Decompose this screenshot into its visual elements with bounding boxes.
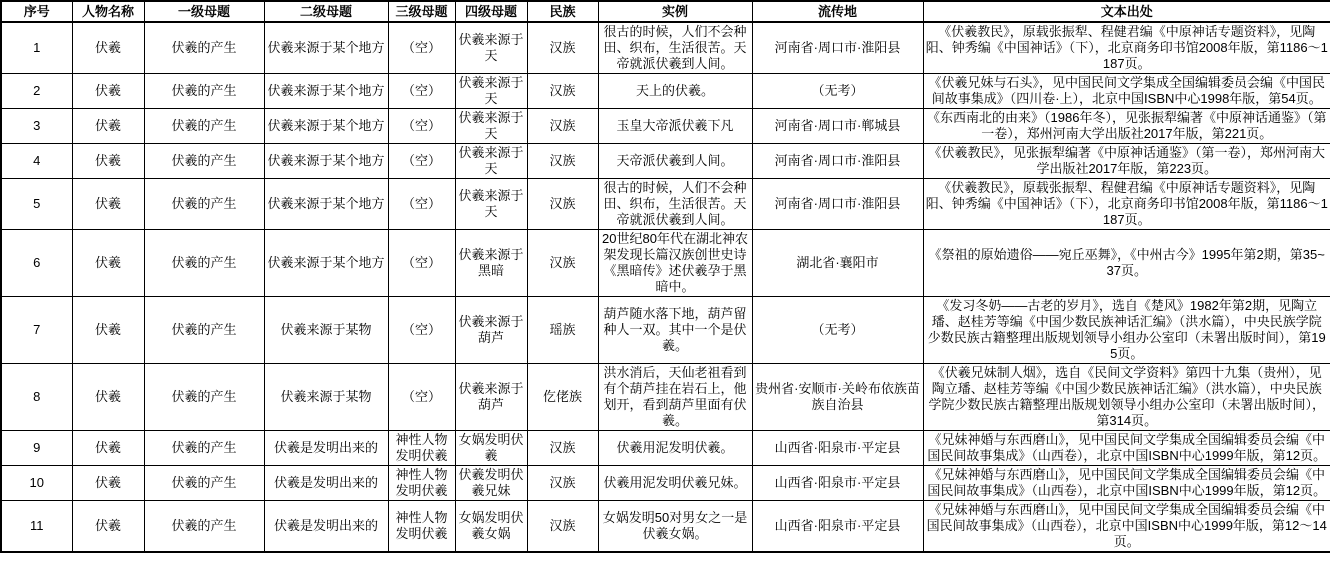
table-cell: 伏羲的产生 bbox=[144, 364, 264, 431]
table-cell: 伏羲来源于某物 bbox=[264, 364, 388, 431]
table-cell: 《发习冬奶——古老的岁月》，选自《楚风》1982年第2期，见陶立璠、赵桂芳等编《… bbox=[923, 297, 1330, 364]
table-cell: 伏羲发明伏羲兄妹 bbox=[455, 466, 527, 501]
table-cell: 很古的时候，人们不会种田、织布，生活很苦。天帝就派伏羲到人间。 bbox=[598, 22, 752, 74]
table-cell: 伏羲的产生 bbox=[144, 230, 264, 297]
fuxi-motif-table: 序号 人物名称 一级母题 二级母题 三级母题 四级母题 民族 实例 流传地 文本… bbox=[0, 0, 1330, 553]
table-cell: 《伏羲教民》，原载张振犁、程健君编《中原神话专题资料》，见陶阳、钟秀编《中国神话… bbox=[923, 22, 1330, 74]
table-cell: 9 bbox=[1, 431, 72, 466]
table-cell: 伏羲 bbox=[72, 501, 144, 553]
table-cell: 天帝派伏羲到人间。 bbox=[598, 144, 752, 179]
table-cell: 伏羲的产生 bbox=[144, 501, 264, 553]
table-cell: 伏羲的产生 bbox=[144, 74, 264, 109]
table-cell: 伏羲 bbox=[72, 364, 144, 431]
column-header-motif4: 四级母题 bbox=[455, 1, 527, 22]
table-row: 4伏羲伏羲的产生伏羲来源于某个地方（空）伏羲来源于天汉族天帝派伏羲到人间。河南省… bbox=[1, 144, 1330, 179]
table-cell: 6 bbox=[1, 230, 72, 297]
table-cell: 神性人物发明伏羲 bbox=[388, 466, 455, 501]
table-cell: 伏羲来源于天 bbox=[455, 74, 527, 109]
table-cell: 20世纪80年代在湖北神农架发现长篇汉族创世史诗《黑暗传》述伏羲孕于黑暗中。 bbox=[598, 230, 752, 297]
table-cell: 伏羲 bbox=[72, 431, 144, 466]
table-cell: 伏羲来源于天 bbox=[455, 144, 527, 179]
table-cell: （空） bbox=[388, 179, 455, 230]
table-cell: 伏羲的产生 bbox=[144, 466, 264, 501]
table-cell: 山西省·阳泉市·平定县 bbox=[752, 466, 923, 501]
table-cell: 伏羲的产生 bbox=[144, 22, 264, 74]
table-cell: （无考） bbox=[752, 74, 923, 109]
table-cell: （无考） bbox=[752, 297, 923, 364]
table-cell: 伏羲来源于某个地方 bbox=[264, 144, 388, 179]
table-row: 11伏羲伏羲的产生伏羲是发明出来的神性人物发明伏羲女娲发明伏羲女娲汉族女娲发明5… bbox=[1, 501, 1330, 553]
table-cell: 伏羲 bbox=[72, 179, 144, 230]
table-cell: 瑶族 bbox=[527, 297, 598, 364]
table-cell: 10 bbox=[1, 466, 72, 501]
table-cell: 4 bbox=[1, 144, 72, 179]
table-cell: （空） bbox=[388, 297, 455, 364]
table-cell: 汉族 bbox=[527, 230, 598, 297]
table-cell: 3 bbox=[1, 109, 72, 144]
table-cell: 伏羲用泥发明伏羲。 bbox=[598, 431, 752, 466]
table-cell: 伏羲来源于某个地方 bbox=[264, 179, 388, 230]
table-cell: 神性人物发明伏羲 bbox=[388, 501, 455, 553]
column-header-motif2: 二级母题 bbox=[264, 1, 388, 22]
table-cell: 1 bbox=[1, 22, 72, 74]
table-cell: 贵州省·安顺市·关岭布依族苗族自治县 bbox=[752, 364, 923, 431]
column-header-example: 实例 bbox=[598, 1, 752, 22]
table-cell: 神性人物发明伏羲 bbox=[388, 431, 455, 466]
table-cell: 汉族 bbox=[527, 179, 598, 230]
table-cell: 伏羲来源于天 bbox=[455, 22, 527, 74]
table-cell: 汉族 bbox=[527, 466, 598, 501]
table-cell: 伏羲是发明出来的 bbox=[264, 466, 388, 501]
table-cell: 《伏羲兄妹制人烟》，选自《民间文学资料》第四十九集（贵州），见陶立璠、赵桂芳等编… bbox=[923, 364, 1330, 431]
table-row: 9伏羲伏羲的产生伏羲是发明出来的神性人物发明伏羲女娲发明伏羲汉族伏羲用泥发明伏羲… bbox=[1, 431, 1330, 466]
table-header: 序号 人物名称 一级母题 二级母题 三级母题 四级母题 民族 实例 流传地 文本… bbox=[1, 1, 1330, 22]
table-cell: 伏羲来源于黑暗 bbox=[455, 230, 527, 297]
table-cell: 《东西南北的由来》（1986年冬），见张振犁编著《中原神话通鉴》（第一卷），郑州… bbox=[923, 109, 1330, 144]
table-cell: 伏羲 bbox=[72, 466, 144, 501]
table-cell: 汉族 bbox=[527, 109, 598, 144]
table-cell: 湖北省·襄阳市 bbox=[752, 230, 923, 297]
table-cell: 汉族 bbox=[527, 74, 598, 109]
table-cell: 伏羲 bbox=[72, 74, 144, 109]
column-header-source: 文本出处 bbox=[923, 1, 1330, 22]
table-cell: 8 bbox=[1, 364, 72, 431]
table-cell: 伏羲来源于某物 bbox=[264, 297, 388, 364]
table-cell: （空） bbox=[388, 109, 455, 144]
table-cell: 7 bbox=[1, 297, 72, 364]
table-cell: 伏羲的产生 bbox=[144, 144, 264, 179]
table-cell: 伏羲 bbox=[72, 109, 144, 144]
column-header-motif1: 一级母题 bbox=[144, 1, 264, 22]
table-cell: 伏羲 bbox=[72, 230, 144, 297]
table-cell: 女娲发明50对男女之一是伏羲女娲。 bbox=[598, 501, 752, 553]
table-cell: 山西省·阳泉市·平定县 bbox=[752, 431, 923, 466]
column-header-motif3: 三级母题 bbox=[388, 1, 455, 22]
table-cell: 玉皇大帝派伏羲下凡 bbox=[598, 109, 752, 144]
table-cell: 仡佬族 bbox=[527, 364, 598, 431]
column-header-ethnic: 民族 bbox=[527, 1, 598, 22]
table-cell: 《伏羲教民》，原载张振犁、程健君编《中原神话专题资料》，见陶阳、钟秀编《中国神话… bbox=[923, 179, 1330, 230]
table-cell: 伏羲的产生 bbox=[144, 297, 264, 364]
table-cell: （空） bbox=[388, 22, 455, 74]
table-cell: 很古的时候，人们不会种田、织布，生活很苦。天帝就派伏羲到人间。 bbox=[598, 179, 752, 230]
table-row: 7伏羲伏羲的产生伏羲来源于某物（空）伏羲来源于葫芦瑶族葫芦随水落下地，葫芦留种人… bbox=[1, 297, 1330, 364]
table-row: 10伏羲伏羲的产生伏羲是发明出来的神性人物发明伏羲伏羲发明伏羲兄妹汉族伏羲用泥发… bbox=[1, 466, 1330, 501]
table-cell: 伏羲的产生 bbox=[144, 109, 264, 144]
table-cell: 汉族 bbox=[527, 22, 598, 74]
table-body: 1伏羲伏羲的产生伏羲来源于某个地方（空）伏羲来源于天汉族很古的时候，人们不会种田… bbox=[1, 22, 1330, 552]
table-row: 3伏羲伏羲的产生伏羲来源于某个地方（空）伏羲来源于天汉族玉皇大帝派伏羲下凡河南省… bbox=[1, 109, 1330, 144]
table-cell: 伏羲 bbox=[72, 22, 144, 74]
table-cell: 伏羲是发明出来的 bbox=[264, 501, 388, 553]
table-cell: 女娲发明伏羲 bbox=[455, 431, 527, 466]
table-cell: 伏羲来源于某个地方 bbox=[264, 74, 388, 109]
column-header-number: 序号 bbox=[1, 1, 72, 22]
table-cell: 《伏羲教民》，见张振犁编著《中原神话通鉴》（第一卷），郑州河南大学出版社2017… bbox=[923, 144, 1330, 179]
table-cell: 《祭祖的原始遗俗——宛丘巫舞》，《中州古今》1995年第2期，第35~37页。 bbox=[923, 230, 1330, 297]
table-cell: 汉族 bbox=[527, 431, 598, 466]
table-cell: 《伏羲兄妹与石头》，见中国民间文学集成全国编辑委员会编《中国民间故事集成》（四川… bbox=[923, 74, 1330, 109]
table-cell: 《兄妹神婚与东西磨山》，见中国民间文学集成全国编辑委员会编《中国民间故事集成》（… bbox=[923, 501, 1330, 553]
table-cell: 天上的伏羲。 bbox=[598, 74, 752, 109]
table-cell: （空） bbox=[388, 230, 455, 297]
table-cell: 伏羲来源于某个地方 bbox=[264, 230, 388, 297]
table-row: 6伏羲伏羲的产生伏羲来源于某个地方（空）伏羲来源于黑暗汉族20世纪80年代在湖北… bbox=[1, 230, 1330, 297]
table-cell: 伏羲 bbox=[72, 144, 144, 179]
table-cell: 2 bbox=[1, 74, 72, 109]
table-cell: （空） bbox=[388, 74, 455, 109]
table-cell: 河南省·周口市·郸城县 bbox=[752, 109, 923, 144]
table-cell: 《兄妹神婚与东西磨山》，见中国民间文学集成全国编辑委员会编《中国民间故事集成》（… bbox=[923, 431, 1330, 466]
table-cell: （空） bbox=[388, 364, 455, 431]
table-cell: 伏羲来源于葫芦 bbox=[455, 297, 527, 364]
table-cell: 《兄妹神婚与东西磨山》，见中国民间文学集成全国编辑委员会编《中国民间故事集成》（… bbox=[923, 466, 1330, 501]
table-cell: 山西省·阳泉市·平定县 bbox=[752, 501, 923, 553]
table-cell: 汉族 bbox=[527, 144, 598, 179]
table-row: 1伏羲伏羲的产生伏羲来源于某个地方（空）伏羲来源于天汉族很古的时候，人们不会种田… bbox=[1, 22, 1330, 74]
table-row: 5伏羲伏羲的产生伏羲来源于某个地方（空）伏羲来源于天汉族很古的时候，人们不会种田… bbox=[1, 179, 1330, 230]
table-cell: 伏羲来源于天 bbox=[455, 179, 527, 230]
table-cell: 5 bbox=[1, 179, 72, 230]
table-cell: 伏羲是发明出来的 bbox=[264, 431, 388, 466]
header-row: 序号 人物名称 一级母题 二级母题 三级母题 四级母题 民族 实例 流传地 文本… bbox=[1, 1, 1330, 22]
table-cell: 伏羲用泥发明伏羲兄妹。 bbox=[598, 466, 752, 501]
table-row: 2伏羲伏羲的产生伏羲来源于某个地方（空）伏羲来源于天汉族天上的伏羲。（无考）《伏… bbox=[1, 74, 1330, 109]
table-cell: 河南省·周口市·淮阳县 bbox=[752, 179, 923, 230]
table-cell: 伏羲 bbox=[72, 297, 144, 364]
column-header-place: 流传地 bbox=[752, 1, 923, 22]
table-cell: （空） bbox=[388, 144, 455, 179]
table-cell: 汉族 bbox=[527, 501, 598, 553]
table-cell: 11 bbox=[1, 501, 72, 553]
table-cell: 葫芦随水落下地，葫芦留种人一双。其中一个是伏羲。 bbox=[598, 297, 752, 364]
table-cell: 河南省·周口市·淮阳县 bbox=[752, 22, 923, 74]
table-cell: 女娲发明伏羲女娲 bbox=[455, 501, 527, 553]
table-cell: 洪水消后，天仙老祖看到有个葫芦挂在岩石上，他划开，看到葫芦里面有伏羲。 bbox=[598, 364, 752, 431]
table-cell: 伏羲来源于某个地方 bbox=[264, 22, 388, 74]
table-row: 8伏羲伏羲的产生伏羲来源于某物（空）伏羲来源于葫芦仡佬族洪水消后，天仙老祖看到有… bbox=[1, 364, 1330, 431]
table-cell: 河南省·周口市·淮阳县 bbox=[752, 144, 923, 179]
table-cell: 伏羲来源于天 bbox=[455, 109, 527, 144]
table-cell: 伏羲的产生 bbox=[144, 431, 264, 466]
table-cell: 伏羲来源于某个地方 bbox=[264, 109, 388, 144]
table-cell: 伏羲的产生 bbox=[144, 179, 264, 230]
column-header-name: 人物名称 bbox=[72, 1, 144, 22]
table-cell: 伏羲来源于葫芦 bbox=[455, 364, 527, 431]
